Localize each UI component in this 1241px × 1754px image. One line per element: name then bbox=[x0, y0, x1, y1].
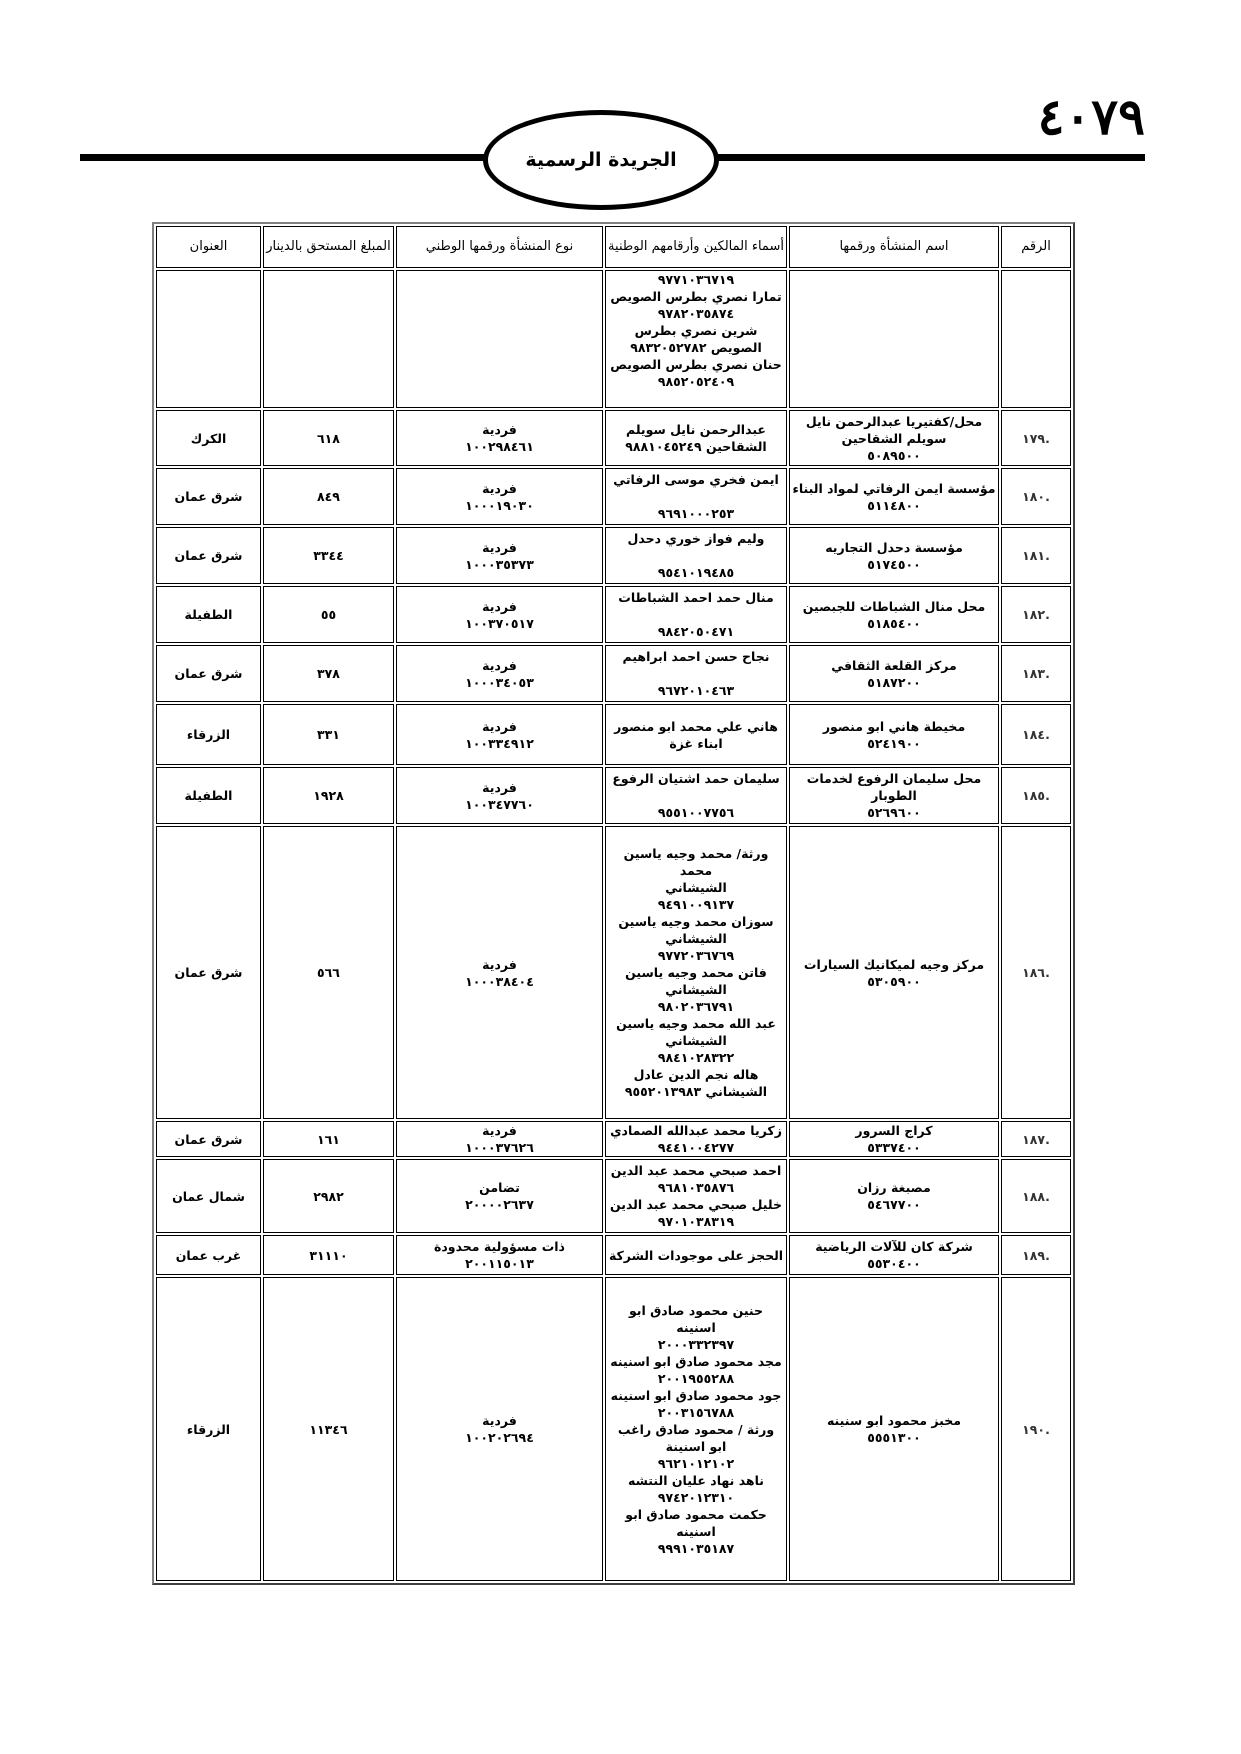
cell-establishment bbox=[789, 270, 999, 408]
cell-owners: الحجز على موجودات الشركة bbox=[605, 1235, 787, 1275]
owner-line: ٢٠٠١٩٥٥٢٨٨ bbox=[608, 1370, 784, 1387]
cell-number bbox=[1001, 270, 1071, 408]
cell-type: فردية١٠٠٢٠٢٦٩٤ bbox=[396, 1277, 603, 1581]
cell-type: فردية١٠٠٠٣٥٣٧٣ bbox=[396, 527, 603, 584]
address: شرق عمان bbox=[159, 547, 258, 564]
establishment-line: سويلم الشقاحين bbox=[792, 430, 996, 447]
owner-line: ٩٧٧٢٠٣٦٧٦٩ bbox=[608, 947, 784, 964]
cell-address: الزرقاء bbox=[156, 704, 261, 765]
cell-number: .١٨٥ bbox=[1001, 767, 1071, 824]
cell-address bbox=[156, 270, 261, 408]
establishment-line: مخبز محمود ابو سنينه bbox=[792, 1412, 996, 1429]
establishment-line: مركز القلعة الثقافي bbox=[792, 657, 996, 674]
address: الكرك bbox=[159, 430, 258, 447]
national-id: ١٠٠٣٣٤٩١٢ bbox=[399, 735, 600, 752]
spacer bbox=[608, 787, 784, 804]
establishment-line: مصبغة رزان bbox=[792, 1179, 996, 1196]
owner-line: خليل صبحي محمد عبد الدين bbox=[608, 1196, 784, 1213]
amount-due: ١٩٢٨ bbox=[266, 787, 391, 804]
cell-address: الزرقاء bbox=[156, 1277, 261, 1581]
establishment-type: فردية bbox=[399, 657, 600, 674]
cell-owners: سليمان حمد اشتيان الرفوع٩٥٥١٠٠٧٧٥٦ bbox=[605, 767, 787, 824]
owner-line: جود محمود صادق ابو اسنينه bbox=[608, 1387, 784, 1404]
col-header-establishment: اسم المنشأة ورقمها bbox=[789, 226, 999, 268]
owner-line: ٩٦٢١٠١٢١٠٢ bbox=[608, 1455, 784, 1472]
owner-line: تمارا نصري بطرس الصويص bbox=[608, 288, 784, 305]
cell-number: .١٩٠ bbox=[1001, 1277, 1071, 1581]
cell-number: .١٨١ bbox=[1001, 527, 1071, 584]
owner-line: الشيشاني bbox=[608, 930, 784, 947]
national-id: ١٠٠٢٩٨٤٦١ bbox=[399, 438, 600, 455]
establishment-line: ٥٢٤١٩٠٠ bbox=[792, 735, 996, 752]
table-header-row: الرقم اسم المنشأة ورقمها أسماء المالكين … bbox=[156, 226, 1071, 268]
row-number: .١٩٠ bbox=[1004, 1421, 1068, 1438]
amount-due: ٥٦٦ bbox=[266, 964, 391, 981]
owner-line: شرين نصري بطرس bbox=[608, 322, 784, 339]
amount-due: ٣٣١ bbox=[266, 726, 391, 743]
cell-type: فردية١٠٠٠١٩٠٣٠ bbox=[396, 468, 603, 525]
cell-amount: ٥٦٦ bbox=[263, 826, 394, 1119]
address: الزرقاء bbox=[159, 726, 258, 743]
owner-line: حنان نصري بطرس الصويص bbox=[608, 356, 784, 373]
establishment-line: ٥٥٣٠٤٠٠ bbox=[792, 1255, 996, 1272]
address: الزرقاء bbox=[159, 1421, 258, 1438]
cell-address: شمال عمان bbox=[156, 1159, 261, 1233]
national-id: ١٠٠٠٣٧٦٢٦ bbox=[399, 1139, 600, 1156]
cell-number: .١٨٠ bbox=[1001, 468, 1071, 525]
national-id: ١٠٠٠٣٨٤٠٤ bbox=[399, 973, 600, 990]
establishment-type: فردية bbox=[399, 421, 600, 438]
establishment-line: محل منال الشباطات للجبصين bbox=[792, 598, 996, 615]
cell-owners: ايمن فخري موسى الرفاتي٩٦٩١٠٠٠٢٥٣ bbox=[605, 468, 787, 525]
establishment-line: كراج السرور bbox=[792, 1122, 996, 1139]
table-row: .١٨٦مركز وجيه لميكانيك السيارات٥٣٠٥٩٠٠ور… bbox=[156, 826, 1071, 1119]
cell-amount: ٣٣٤٤ bbox=[263, 527, 394, 584]
establishment-type: تضامن bbox=[399, 1179, 600, 1196]
owner-line: ٩٧٠١٠٣٨٣١٩ bbox=[608, 1213, 784, 1230]
amount-due: ٦١٨ bbox=[266, 430, 391, 447]
establishment-line: مركز وجيه لميكانيك السيارات bbox=[792, 956, 996, 973]
cell-number: .١٨٧ bbox=[1001, 1121, 1071, 1157]
owner-line: ٩٨٤٢٠٥٠٤٧١ bbox=[608, 623, 784, 640]
cell-owners: ورثة/ محمد وجيه ياسين محمدالشيشاني٩٤٩١٠٠… bbox=[605, 826, 787, 1119]
table-row: .١٨٨مصبغة رزان٥٤٦٧٧٠٠احمد صبحي محمد عبد … bbox=[156, 1159, 1071, 1233]
owner-line: منال حمد احمد الشباطات bbox=[608, 589, 784, 606]
table-row: .١٩٠مخبز محمود ابو سنينه٥٥٥١٣٠٠حنين محمو… bbox=[156, 1277, 1071, 1581]
owner-line: سليمان حمد اشتيان الرفوع bbox=[608, 770, 784, 787]
cell-type: ذات مسؤولية محدودة٢٠٠١١٥٠١٣ bbox=[396, 1235, 603, 1275]
address: الطفيلة bbox=[159, 787, 258, 804]
owner-line: احمد صبحي محمد عبد الدين bbox=[608, 1162, 784, 1179]
owner-line: الشقاحين ٩٨٨١٠٤٥٢٤٩ bbox=[608, 438, 784, 455]
owner-line: ابو اسنينة bbox=[608, 1438, 784, 1455]
establishment-line: ٥٣٠٥٩٠٠ bbox=[792, 973, 996, 990]
cell-type: فردية١٠٠٠٣٨٤٠٤ bbox=[396, 826, 603, 1119]
owner-line: وليم فواز خوري دحدل bbox=[608, 530, 784, 547]
col-header-owners: أسماء المالكين وأرقامهم الوطنية bbox=[605, 226, 787, 268]
cell-owners: احمد صبحي محمد عبد الدين٩٦٨١٠٣٥٨٧٦خليل ص… bbox=[605, 1159, 787, 1233]
gazette-title-ellipse: الجريدة الرسمية bbox=[483, 110, 719, 210]
row-number: .١٨١ bbox=[1004, 547, 1068, 564]
table-row: .١٨١مؤسسة دحدل التجاريه٥١٧٤٥٠٠وليم فواز … bbox=[156, 527, 1071, 584]
cell-establishment: محل/كفتيريا عبدالرحمن نايلسويلم الشقاحين… bbox=[789, 410, 999, 466]
cell-address: الطفيلة bbox=[156, 767, 261, 824]
address: شمال عمان bbox=[159, 1188, 258, 1205]
row-number: .١٧٩ bbox=[1004, 430, 1068, 447]
owner-line: الشيشاني bbox=[608, 879, 784, 896]
national-id: ٢٠٠٠٠٢٦٣٧ bbox=[399, 1196, 600, 1213]
col-header-address: العنوان bbox=[156, 226, 261, 268]
cell-owners: وليم فواز خوري دحدل٩٥٤١٠١٩٤٨٥ bbox=[605, 527, 787, 584]
col-header-number: الرقم bbox=[1001, 226, 1071, 268]
establishment-line: ٥٥٥١٣٠٠ bbox=[792, 1429, 996, 1446]
owner-line: فاتن محمد وجيه ياسين bbox=[608, 964, 784, 981]
establishment-type: فردية bbox=[399, 1412, 600, 1429]
owner-line: ٩٤٤١٠٠٤٢٧٧ bbox=[608, 1139, 784, 1156]
owner-line: ناهد نهاد عليان النتشه bbox=[608, 1472, 784, 1489]
owner-line: ٩٨٤١٠٢٨٣٢٢ bbox=[608, 1049, 784, 1066]
cell-address: شرق عمان bbox=[156, 826, 261, 1119]
establishment-type: ذات مسؤولية محدودة bbox=[399, 1238, 600, 1255]
owner-line: ٩٥٤١٠١٩٤٨٥ bbox=[608, 564, 784, 581]
cell-type: فردية١٠٠٣٣٤٩١٢ bbox=[396, 704, 603, 765]
cell-establishment: مخيطة هاني ابو منصور٥٢٤١٩٠٠ bbox=[789, 704, 999, 765]
owner-line: عبدالرحمن نايل سويلم bbox=[608, 421, 784, 438]
table-row: .١٨٧كراج السرور٥٣٣٧٤٠٠زكريا محمد عبدالله… bbox=[156, 1121, 1071, 1157]
amount-due: ٣٣٤٤ bbox=[266, 547, 391, 564]
owner-line: ٩٨٥٢٠٥٢٤٠٩ bbox=[608, 373, 784, 390]
cell-establishment: مؤسسة ايمن الرفاتي لمواد البناء٥١١٤٨٠٠ bbox=[789, 468, 999, 525]
col-header-type: نوع المنشأة ورقمها الوطني bbox=[396, 226, 603, 268]
table-body: ٩٧٧١٠٣٦٧١٩ تمارا نصري بطرس الصويص ٩٧٨٢٠٣… bbox=[156, 270, 1071, 1581]
cell-establishment: مصبغة رزان٥٤٦٧٧٠٠ bbox=[789, 1159, 999, 1233]
establishment-line: ٥٠٨٩٥٠٠ bbox=[792, 447, 996, 464]
cell-number: .١٨٢ bbox=[1001, 586, 1071, 643]
cell-amount: ٢٩٨٢ bbox=[263, 1159, 394, 1233]
cell-owners: زكريا محمد عبدالله الصمادي٩٤٤١٠٠٤٢٧٧ bbox=[605, 1121, 787, 1157]
owner-line: ورثة / محمود صادق راغب bbox=[608, 1421, 784, 1438]
cell-type: تضامن٢٠٠٠٠٢٦٣٧ bbox=[396, 1159, 603, 1233]
cell-type bbox=[396, 270, 603, 408]
cell-type: فردية١٠٠٠٣٤٠٥٣ bbox=[396, 645, 603, 702]
establishment-line: ٥١٧٤٥٠٠ bbox=[792, 556, 996, 573]
row-number: .١٨٧ bbox=[1004, 1131, 1068, 1148]
owner-line: زكريا محمد عبدالله الصمادي bbox=[608, 1122, 784, 1139]
address: شرق عمان bbox=[159, 1131, 258, 1148]
table-row: .١٨٤مخيطة هاني ابو منصور٥٢٤١٩٠٠هاني علي … bbox=[156, 704, 1071, 765]
establishment-line: ٥٣٣٧٤٠٠ bbox=[792, 1139, 996, 1156]
registry-table-container: الرقم اسم المنشأة ورقمها أسماء المالكين … bbox=[152, 222, 1072, 1585]
cell-address: شرق عمان bbox=[156, 468, 261, 525]
cell-establishment: مخبز محمود ابو سنينه٥٥٥١٣٠٠ bbox=[789, 1277, 999, 1581]
table-row: .١٨٠مؤسسة ايمن الرفاتي لمواد البناء٥١١٤٨… bbox=[156, 468, 1071, 525]
owner-line: حنين محمود صادق ابو bbox=[608, 1302, 784, 1319]
owner-line: ٩٦٨١٠٣٥٨٧٦ bbox=[608, 1179, 784, 1196]
address: غرب عمان bbox=[159, 1247, 258, 1264]
cell-establishment: محل منال الشباطات للجبصين٥١٨٥٤٠٠ bbox=[789, 586, 999, 643]
cell-address: شرق عمان bbox=[156, 527, 261, 584]
address: شرق عمان bbox=[159, 488, 258, 505]
owner-line: ٢٠٠٣١٥٦٧٨٨ bbox=[608, 1404, 784, 1421]
national-id: ١٠٠٠٣٤٠٥٣ bbox=[399, 674, 600, 691]
amount-due: ٥٥ bbox=[266, 606, 391, 623]
owner-line: اسنينه bbox=[608, 1319, 784, 1336]
spacer bbox=[608, 606, 784, 623]
registry-table: الرقم اسم المنشأة ورقمها أسماء المالكين … bbox=[152, 222, 1075, 1585]
amount-due: ١١٣٤٦ bbox=[266, 1421, 391, 1438]
table-row: .١٨٥محل سليمان الرفوع لخدماتالطوبار٥٢٦٩٦… bbox=[156, 767, 1071, 824]
table-row: .١٨٢محل منال الشباطات للجبصين٥١٨٥٤٠٠منال… bbox=[156, 586, 1071, 643]
establishment-line: ٥٤٦٧٧٠٠ bbox=[792, 1196, 996, 1213]
national-id: ١٠٠٣٤٧٧٦٠ bbox=[399, 796, 600, 813]
owner-line: هاني علي محمد ابو منصور bbox=[608, 718, 784, 735]
cell-establishment: مركز وجيه لميكانيك السيارات٥٣٠٥٩٠٠ bbox=[789, 826, 999, 1119]
owner-line: الشيشاني bbox=[608, 1032, 784, 1049]
cell-amount: ٣٣١ bbox=[263, 704, 394, 765]
spacer bbox=[608, 665, 784, 682]
page-number: ٤٠٧٩ bbox=[1038, 92, 1145, 142]
row-number: .١٨٦ bbox=[1004, 964, 1068, 981]
owner-line: ابناء غزة bbox=[608, 735, 784, 752]
cell-owners: هاني علي محمد ابو منصورابناء غزة bbox=[605, 704, 787, 765]
cell-amount bbox=[263, 270, 394, 408]
cell-owners: منال حمد احمد الشباطات٩٨٤٢٠٥٠٤٧١ bbox=[605, 586, 787, 643]
cell-number: .١٨٦ bbox=[1001, 826, 1071, 1119]
amount-due: ٣١١١٠ bbox=[266, 1247, 391, 1264]
establishment-line: ٥١١٤٨٠٠ bbox=[792, 497, 996, 514]
national-id: ١٠٠٠٣٥٣٧٣ bbox=[399, 556, 600, 573]
cell-establishment: مركز القلعة الثقافي٥١٨٧٢٠٠ bbox=[789, 645, 999, 702]
row-number: .١٨٣ bbox=[1004, 665, 1068, 682]
owner-line: مجد محمود صادق ابو اسنينه bbox=[608, 1353, 784, 1370]
owner-line: ٩٨٠٢٠٣٦٧٩١ bbox=[608, 998, 784, 1015]
spacer bbox=[608, 488, 784, 505]
owner-line: الصويص ٩٨٣٢٠٥٢٧٨٢ bbox=[608, 339, 784, 356]
national-id: ٢٠٠١١٥٠١٣ bbox=[399, 1255, 600, 1272]
cell-amount: ٣٧٨ bbox=[263, 645, 394, 702]
row-number: .١٨٥ bbox=[1004, 787, 1068, 804]
owner-line: سوزان محمد وجيه ياسين bbox=[608, 913, 784, 930]
owner-line: هاله نجم الدين عادل bbox=[608, 1066, 784, 1083]
cell-owners: عبدالرحمن نايل سويلمالشقاحين ٩٨٨١٠٤٥٢٤٩ bbox=[605, 410, 787, 466]
cell-owners: ٩٧٧١٠٣٦٧١٩ تمارا نصري بطرس الصويص ٩٧٨٢٠٣… bbox=[605, 270, 787, 408]
cell-number: .١٨٩ bbox=[1001, 1235, 1071, 1275]
national-id: ١٠٠٣٧٠٥١٧ bbox=[399, 615, 600, 632]
row-number: .١٨٠ bbox=[1004, 488, 1068, 505]
address: الطفيلة bbox=[159, 606, 258, 623]
row-number: .١٨٤ bbox=[1004, 726, 1068, 743]
establishment-line: شركة كان للآلات الرياضية bbox=[792, 1238, 996, 1255]
cell-amount: ٨٤٩ bbox=[263, 468, 394, 525]
owner-line: نجاح حسن احمد ابراهيم bbox=[608, 648, 784, 665]
cell-owners: حنين محمود صادق ابواسنينه٢٠٠٠٣٣٢٣٩٧مجد م… bbox=[605, 1277, 787, 1581]
owner-line: ٩٥٥١٠٠٧٧٥٦ bbox=[608, 804, 784, 821]
cell-address: غرب عمان bbox=[156, 1235, 261, 1275]
cell-number: .١٨٤ bbox=[1001, 704, 1071, 765]
owner-line: الشيشاني ٩٥٥٢٠١٣٩٨٣ bbox=[608, 1083, 784, 1100]
establishment-line: الطوبار bbox=[792, 787, 996, 804]
establishment-line: محل سليمان الرفوع لخدمات bbox=[792, 770, 996, 787]
cell-address: شرق عمان bbox=[156, 645, 261, 702]
cell-amount: ٦١٨ bbox=[263, 410, 394, 466]
owner-line: حكمت محمود صادق ابو bbox=[608, 1506, 784, 1523]
row-number: .١٨٨ bbox=[1004, 1188, 1068, 1205]
owner-line: ٩٦٧٢٠١٠٤٦٣ bbox=[608, 682, 784, 699]
continuation-row: ٩٧٧١٠٣٦٧١٩ تمارا نصري بطرس الصويص ٩٧٨٢٠٣… bbox=[156, 270, 1071, 408]
cell-amount: ١١٣٤٦ bbox=[263, 1277, 394, 1581]
establishment-line: محل/كفتيريا عبدالرحمن نايل bbox=[792, 413, 996, 430]
national-id: ١٠٠٠١٩٠٣٠ bbox=[399, 497, 600, 514]
owner-line: الشيشاني bbox=[608, 981, 784, 998]
establishment-line: ٥١٨٥٤٠٠ bbox=[792, 615, 996, 632]
owner-line: ٩٧٨٢٠٣٥٨٧٤ bbox=[608, 305, 784, 322]
establishment-line: مؤسسة ايمن الرفاتي لمواد البناء bbox=[792, 480, 996, 497]
cell-address: الطفيلة bbox=[156, 586, 261, 643]
cell-owners: نجاح حسن احمد ابراهيم٩٦٧٢٠١٠٤٦٣ bbox=[605, 645, 787, 702]
row-number: .١٨٢ bbox=[1004, 606, 1068, 623]
cell-number: .١٨٣ bbox=[1001, 645, 1071, 702]
cell-amount: ٥٥ bbox=[263, 586, 394, 643]
owner-line: ٩٧٧١٠٣٦٧١٩ bbox=[608, 271, 784, 288]
cell-amount: ٣١١١٠ bbox=[263, 1235, 394, 1275]
owner-line: ٩٤٩١٠٠٩١٣٧ bbox=[608, 896, 784, 913]
cell-address: الكرك bbox=[156, 410, 261, 466]
owner-line: اسنينه bbox=[608, 1523, 784, 1540]
spacer bbox=[608, 547, 784, 564]
cell-type: فردية١٠٠٣٧٠٥١٧ bbox=[396, 586, 603, 643]
amount-due: ١٦١ bbox=[266, 1131, 391, 1148]
establishment-type: فردية bbox=[399, 779, 600, 796]
cell-establishment: شركة كان للآلات الرياضية٥٥٣٠٤٠٠ bbox=[789, 1235, 999, 1275]
establishment-line: ٥٢٦٩٦٠٠ bbox=[792, 804, 996, 821]
table-row: .١٨٣مركز القلعة الثقافي٥١٨٧٢٠٠نجاح حسن ا… bbox=[156, 645, 1071, 702]
establishment-type: فردية bbox=[399, 539, 600, 556]
gazette-title: الجريدة الرسمية bbox=[525, 149, 676, 171]
amount-due: ٢٩٨٢ bbox=[266, 1188, 391, 1205]
establishment-type: فردية bbox=[399, 598, 600, 615]
cell-number: .١٧٩ bbox=[1001, 410, 1071, 466]
cell-address: شرق عمان bbox=[156, 1121, 261, 1157]
amount-due: ٨٤٩ bbox=[266, 488, 391, 505]
cell-establishment: محل سليمان الرفوع لخدماتالطوبار٥٢٦٩٦٠٠ bbox=[789, 767, 999, 824]
owner-line: ايمن فخري موسى الرفاتي bbox=[608, 471, 784, 488]
table-row: .١٧٩محل/كفتيريا عبدالرحمن نايلسويلم الشق… bbox=[156, 410, 1071, 466]
row-number: .١٨٩ bbox=[1004, 1247, 1068, 1264]
cell-type: فردية١٠٠٠٣٧٦٢٦ bbox=[396, 1121, 603, 1157]
owner-line: الحجز على موجودات الشركة bbox=[608, 1247, 784, 1264]
establishment-line: ٥١٨٧٢٠٠ bbox=[792, 674, 996, 691]
cell-type: فردية١٠٠٣٤٧٧٦٠ bbox=[396, 767, 603, 824]
establishment-type: فردية bbox=[399, 1122, 600, 1139]
owner-line: ٩٦٩١٠٠٠٢٥٣ bbox=[608, 505, 784, 522]
table-row: .١٨٩شركة كان للآلات الرياضية٥٥٣٠٤٠٠الحجز… bbox=[156, 1235, 1071, 1275]
owner-line: ورثة/ محمد وجيه ياسين محمد bbox=[608, 845, 784, 879]
cell-establishment: كراج السرور٥٣٣٧٤٠٠ bbox=[789, 1121, 999, 1157]
establishment-line: مخيطة هاني ابو منصور bbox=[792, 718, 996, 735]
amount-due: ٣٧٨ bbox=[266, 665, 391, 682]
cell-number: .١٨٨ bbox=[1001, 1159, 1071, 1233]
cell-amount: ١٩٢٨ bbox=[263, 767, 394, 824]
establishment-type: فردية bbox=[399, 480, 600, 497]
cell-amount: ١٦١ bbox=[263, 1121, 394, 1157]
address: شرق عمان bbox=[159, 665, 258, 682]
establishment-type: فردية bbox=[399, 956, 600, 973]
owner-line: ٩٩٩١٠٣٥١٨٧ bbox=[608, 1540, 784, 1557]
owner-line: عبد الله محمد وجيه ياسين bbox=[608, 1015, 784, 1032]
address: شرق عمان bbox=[159, 964, 258, 981]
col-header-amount: المبلغ المستحق بالدينار bbox=[263, 226, 394, 268]
establishment-line: مؤسسة دحدل التجاريه bbox=[792, 539, 996, 556]
national-id: ١٠٠٢٠٢٦٩٤ bbox=[399, 1429, 600, 1446]
owner-line: ٢٠٠٠٣٣٢٣٩٧ bbox=[608, 1336, 784, 1353]
owner-line: ٩٧٤٢٠١٢٣١٠ bbox=[608, 1489, 784, 1506]
cell-establishment: مؤسسة دحدل التجاريه٥١٧٤٥٠٠ bbox=[789, 527, 999, 584]
establishment-type: فردية bbox=[399, 718, 600, 735]
cell-type: فردية١٠٠٢٩٨٤٦١ bbox=[396, 410, 603, 466]
